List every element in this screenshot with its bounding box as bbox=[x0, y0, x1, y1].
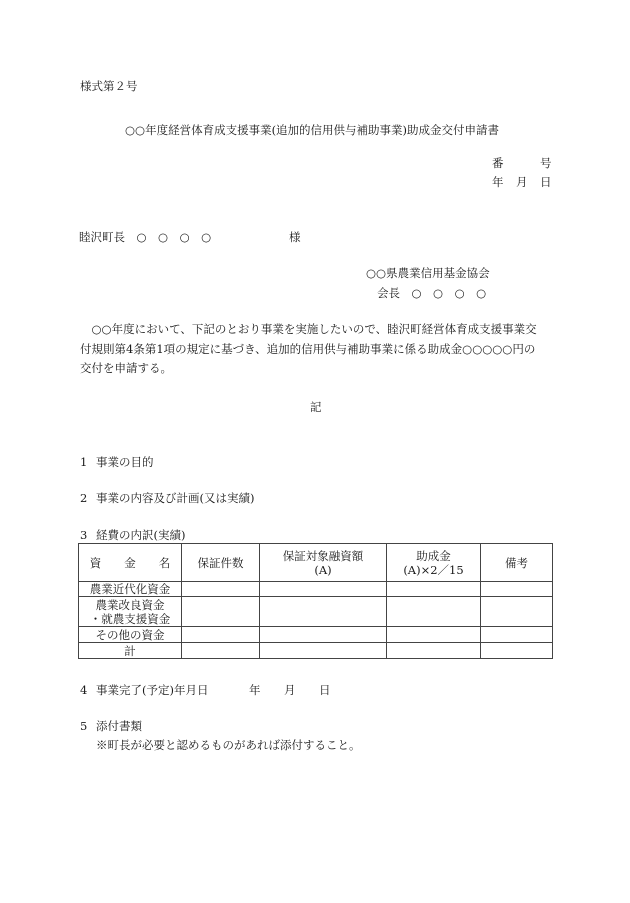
row-count-cell[interactable] bbox=[182, 582, 260, 597]
header-subsidy-line-1: 助成金 bbox=[387, 549, 480, 563]
applicant-representative: 会長 ○ ○ ○ ○ bbox=[377, 286, 486, 300]
section-5-note: ※町長が必要と認めるものがあれば添付すること。 bbox=[96, 738, 361, 752]
section-1-label: 事業の目的 bbox=[96, 455, 154, 469]
cost-breakdown-table: 資 金 名 保証件数 保証対象融資額 (A) 助成金 (A)×2／15 備考 農… bbox=[78, 543, 553, 659]
row-count-cell[interactable] bbox=[182, 597, 260, 627]
table-row: その他の資金 bbox=[79, 627, 553, 643]
header-amount-line-1: 保証対象融資額 bbox=[260, 549, 386, 563]
completion-year-label: 年 bbox=[249, 683, 261, 697]
row-count-cell[interactable] bbox=[182, 627, 260, 643]
header-subsidy: 助成金 (A)×2／15 bbox=[387, 544, 481, 582]
section-4-label: 事業完了(予定)年月日 bbox=[96, 683, 208, 697]
row-remarks-cell[interactable] bbox=[481, 643, 553, 659]
section-3-label: 経費の内訳(実績) bbox=[96, 528, 185, 542]
completion-day-label: 日 bbox=[319, 683, 331, 697]
table-row: 農業改良資金 ・就農支援資金 bbox=[79, 597, 553, 627]
header-guarantee-count: 保証件数 bbox=[182, 544, 260, 582]
header-guaranteed-loan-amount: 保証対象融資額 (A) bbox=[260, 544, 387, 582]
row-remarks-cell[interactable] bbox=[481, 627, 553, 643]
section-5-number: 5 bbox=[80, 719, 87, 733]
date-day-label: 日 bbox=[540, 175, 552, 189]
ki-heading: 記 bbox=[310, 400, 322, 414]
section-3-number: 3 bbox=[80, 528, 87, 542]
row-fund-name: その他の資金 bbox=[79, 627, 182, 643]
header-remarks: 備考 bbox=[481, 544, 553, 582]
row-subsidy-cell[interactable] bbox=[387, 597, 481, 627]
row-amount-cell[interactable] bbox=[260, 597, 387, 627]
table-row: 農業近代化資金 bbox=[79, 582, 553, 597]
body-line-2: 付規則第4条第1項の規定に基づき、追加的信用供与補助事業に係る助成金○○○○○円… bbox=[80, 342, 535, 356]
row-fund-name-line-1: 農業改良資金 bbox=[79, 598, 181, 612]
section-2-number: 2 bbox=[80, 491, 87, 505]
body-line-3: 交付を申請する。 bbox=[80, 361, 172, 375]
row-subsidy-cell[interactable] bbox=[387, 627, 481, 643]
row-subsidy-cell[interactable] bbox=[387, 643, 481, 659]
section-1-number: 1 bbox=[80, 455, 87, 469]
number-label-ban: 番 bbox=[492, 156, 504, 170]
section-4-number: 4 bbox=[80, 683, 87, 697]
row-amount-cell[interactable] bbox=[260, 643, 387, 659]
date-year-label: 年 bbox=[492, 175, 504, 189]
row-total-label: 計 bbox=[79, 643, 182, 659]
form-number: 様式第２号 bbox=[80, 79, 138, 93]
addressee-honorific: 様 bbox=[289, 230, 301, 244]
table-header-row: 資 金 名 保証件数 保証対象融資額 (A) 助成金 (A)×2／15 備考 bbox=[79, 544, 553, 582]
section-5-label: 添付書類 bbox=[96, 719, 142, 733]
header-amount-line-2: (A) bbox=[260, 563, 386, 577]
row-fund-name-line-2: ・就農支援資金 bbox=[79, 612, 181, 626]
row-remarks-cell[interactable] bbox=[481, 597, 553, 627]
date-month-label: 月 bbox=[516, 175, 528, 189]
row-remarks-cell[interactable] bbox=[481, 582, 553, 597]
applicant-organization: ○○県農業信用基金協会 bbox=[366, 266, 490, 280]
header-fund-name: 資 金 名 bbox=[79, 544, 182, 582]
addressee-name: 睦沢町長 ○ ○ ○ ○ bbox=[79, 230, 211, 244]
section-2-label: 事業の内容及び計画(又は実績) bbox=[96, 491, 254, 505]
completion-month-label: 月 bbox=[284, 683, 296, 697]
row-count-cell[interactable] bbox=[182, 643, 260, 659]
number-label-go: 号 bbox=[540, 156, 552, 170]
row-fund-name: 農業近代化資金 bbox=[79, 582, 182, 597]
document-title: ○○年度経営体育成支援事業(追加的信用供与補助事業)助成金交付申請書 bbox=[125, 123, 499, 137]
row-fund-name: 農業改良資金 ・就農支援資金 bbox=[79, 597, 182, 627]
row-amount-cell[interactable] bbox=[260, 582, 387, 597]
body-line-1: ○○年度において、下記のとおり事業を実施したいので、睦沢町経営体育成支援事業交 bbox=[80, 322, 537, 336]
header-subsidy-line-2: (A)×2／15 bbox=[387, 563, 480, 577]
table-total-row: 計 bbox=[79, 643, 553, 659]
row-amount-cell[interactable] bbox=[260, 627, 387, 643]
row-subsidy-cell[interactable] bbox=[387, 582, 481, 597]
